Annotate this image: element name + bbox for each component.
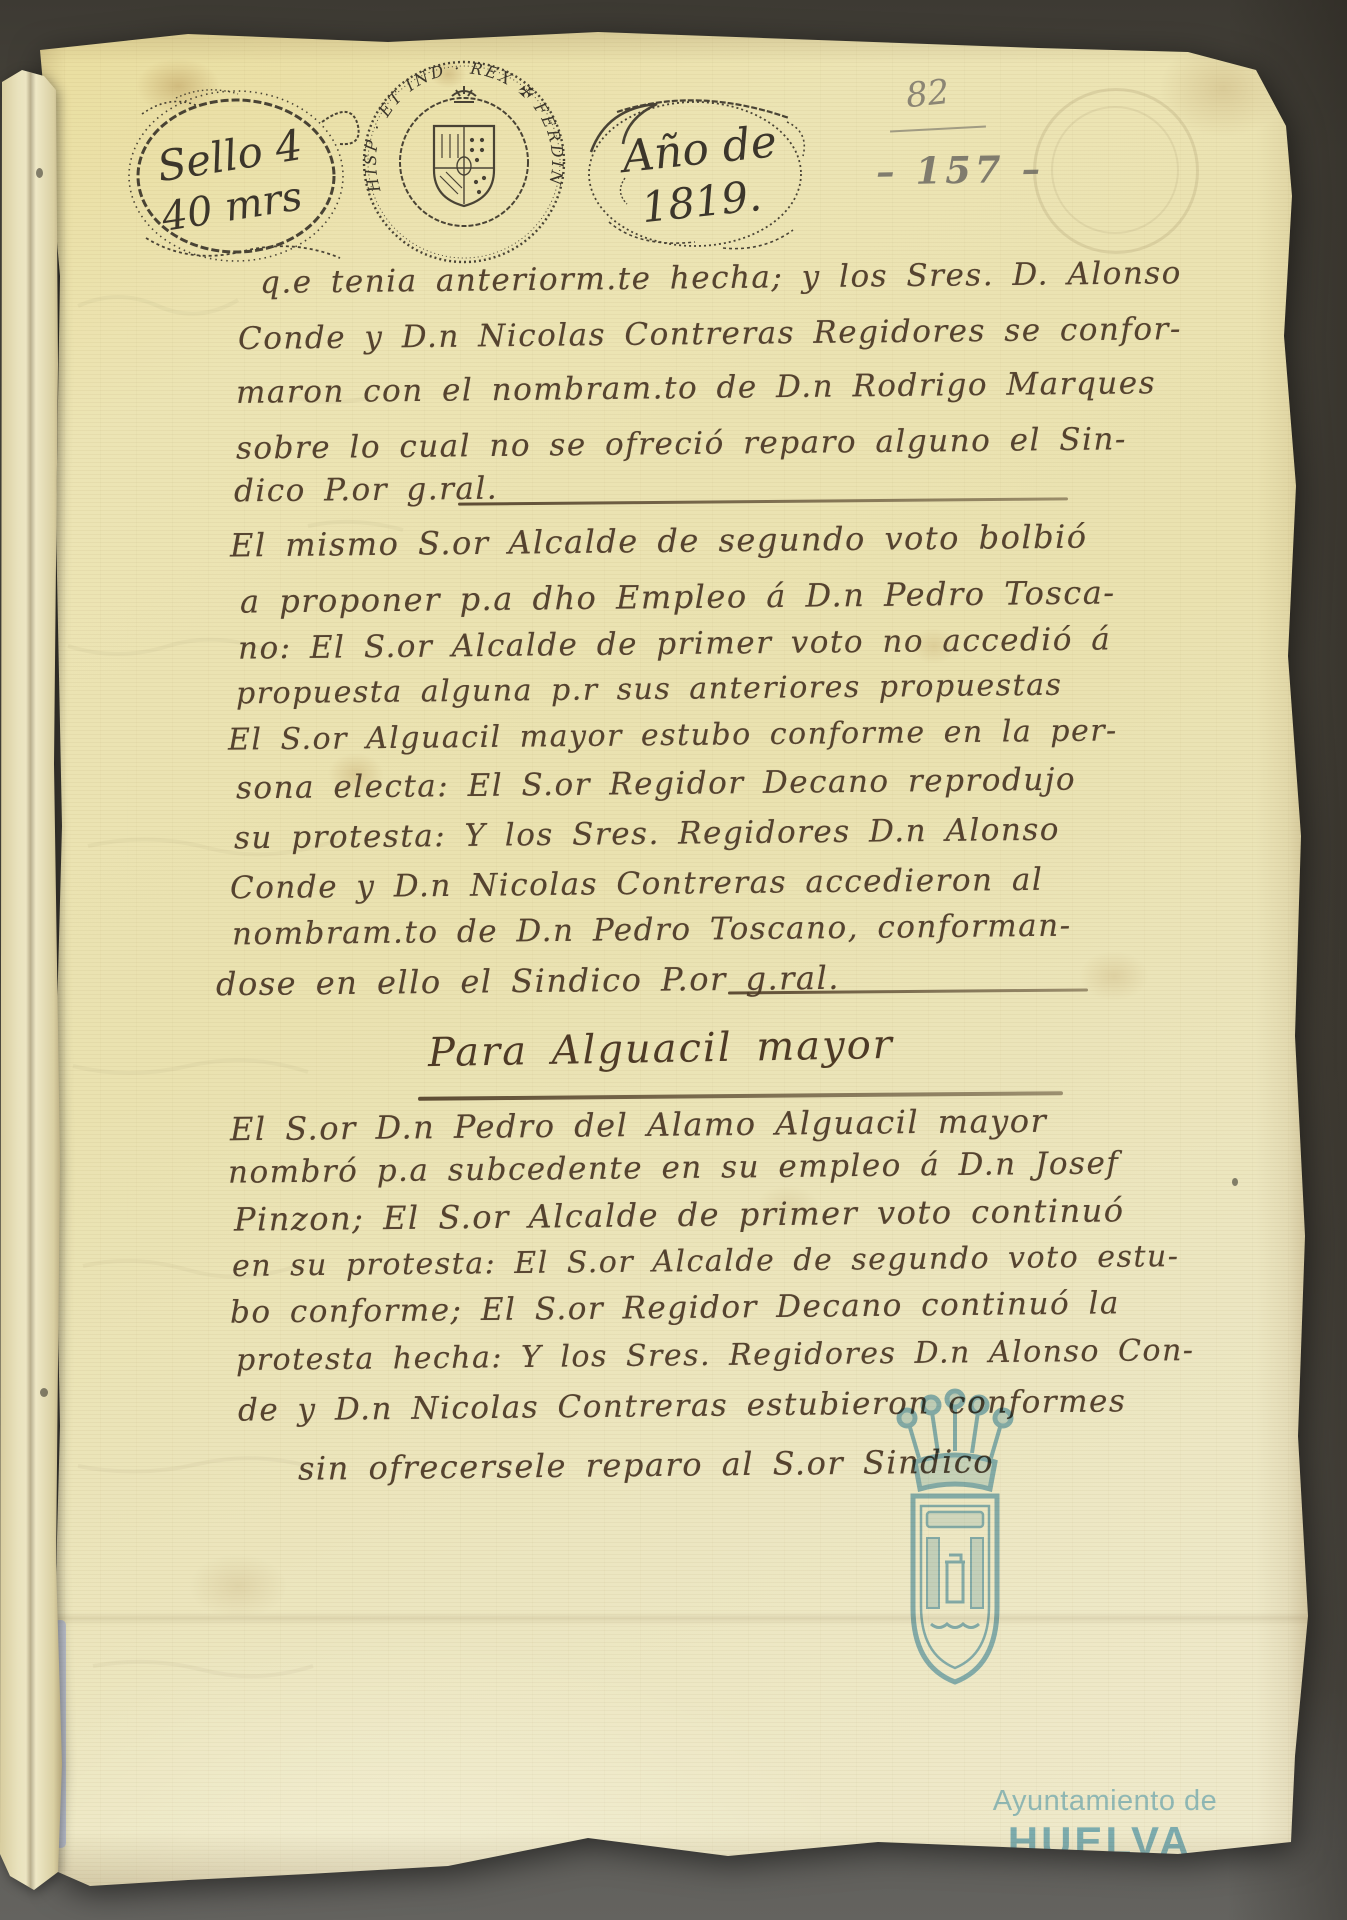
wormhole [40, 1388, 48, 1397]
document-page: Sello 4 40 mrs HISP · ET IND · REX ✠ FER… [28, 26, 1320, 1888]
paper-wrap: Sello 4 40 mrs HISP · ET IND · REX ✠ FER… [0, 0, 1347, 1920]
paper-edge-shading [28, 26, 1320, 1888]
wormhole [1232, 1178, 1238, 1186]
wormhole [36, 168, 43, 178]
binding-blue-strip [54, 1620, 66, 1848]
